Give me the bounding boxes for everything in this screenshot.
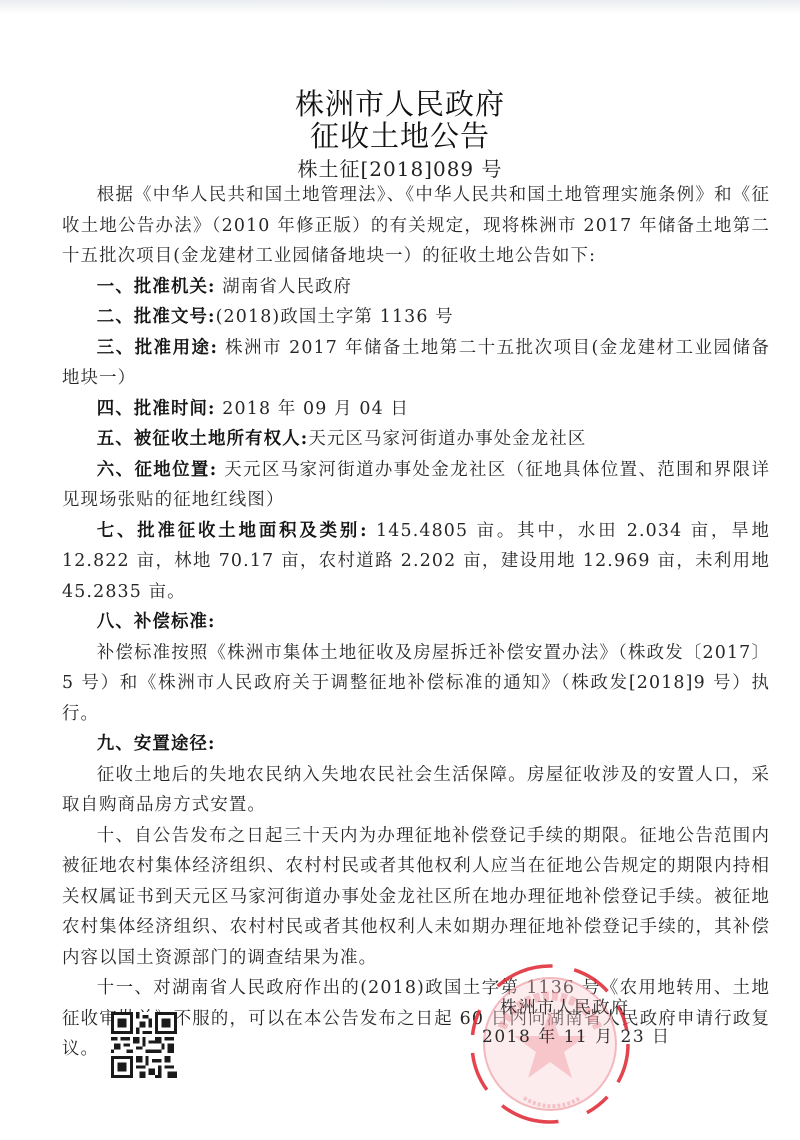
section-approval-authority: 一、批准机关: 湖南省人民政府 xyxy=(62,272,770,303)
section-label: 五、被征收土地所有权人: xyxy=(97,429,309,449)
notice-title: 征收土地公告 xyxy=(0,120,800,152)
notice-body: 根据《中华人民共和国土地管理法》、《中华人民共和国土地管理实施条例》和《征收土地… xyxy=(62,180,770,1065)
scan-edge xyxy=(0,0,800,14)
section-text: 湖南省人民政府 xyxy=(216,277,352,297)
section-land-owner: 五、被征收土地所有权人:天元区马家河街道办事处金龙社区 xyxy=(62,424,770,455)
issuer-title: 株洲市人民政府 xyxy=(0,88,800,120)
document-number: 株土征[2018]089 号 xyxy=(0,156,800,182)
section-resettlement-heading: 九、安置途径: xyxy=(62,729,770,760)
section-label: 一、批准机关: xyxy=(97,277,216,297)
section-land-area: 七、批准征收土地面积及类别: 145.4805 亩。其中，水田 2.034 亩，… xyxy=(62,516,770,608)
section-approved-use: 三、批准用途: 株洲市 2017 年储备土地第二十五批次项目(金龙建材工业园储备… xyxy=(62,333,770,394)
section-label: 四、批准时间: xyxy=(97,399,216,419)
section-compensation-text: 补偿标准按照《株洲市集体土地征收及房屋拆迁补偿安置办法》（株政发〔2017〕5 … xyxy=(62,638,770,730)
section-label: 七、批准征收土地面积及类别: xyxy=(97,521,368,541)
qr-code-icon xyxy=(111,1012,177,1078)
section-compensation-heading: 八、补偿标准: xyxy=(62,607,770,638)
section-resettlement-text: 征收土地后的失地农民纳入失地农民社会生活保障。房屋征收涉及的安置人口，采取自购商… xyxy=(62,760,770,821)
section-label: 八、补偿标准: xyxy=(97,612,216,632)
title-block: 株洲市人民政府 征收土地公告 株土征[2018]089 号 xyxy=(0,88,800,182)
signature-block: 株洲市人民政府 2018 年 11 月 23 日 xyxy=(482,994,682,1052)
section-label: 九、安置途径: xyxy=(97,734,216,754)
section-text: (2018)政国土字第 1136 号 xyxy=(216,307,454,327)
section-label: 六、征地位置: xyxy=(97,460,218,480)
signature-date: 2018 年 11 月 23 日 xyxy=(482,1023,682,1052)
section-text: 天元区马家河街道办事处金龙社区 xyxy=(308,429,586,449)
section-label: 三、批准用途: xyxy=(97,338,218,358)
intro-paragraph: 根据《中华人民共和国土地管理法》、《中华人民共和国土地管理实施条例》和《征收土地… xyxy=(62,180,770,272)
section-registration-period: 十、自公告发布之日起三十天内为办理征地补偿登记手续的期限。征地公告范围内被征地农… xyxy=(62,821,770,974)
section-label: 二、批准文号: xyxy=(97,307,216,327)
section-approval-date: 四、批准时间: 2018 年 09 月 04 日 xyxy=(62,394,770,425)
section-text: 2018 年 09 月 04 日 xyxy=(216,399,409,419)
section-land-location: 六、征地位置: 天元区马家河街道办事处金龙社区（征地具体位置、范围和界限详见现场… xyxy=(62,455,770,516)
signature-organization: 株洲市人民政府 xyxy=(482,994,682,1023)
section-approval-number: 二、批准文号:(2018)政国土字第 1136 号 xyxy=(62,302,770,333)
